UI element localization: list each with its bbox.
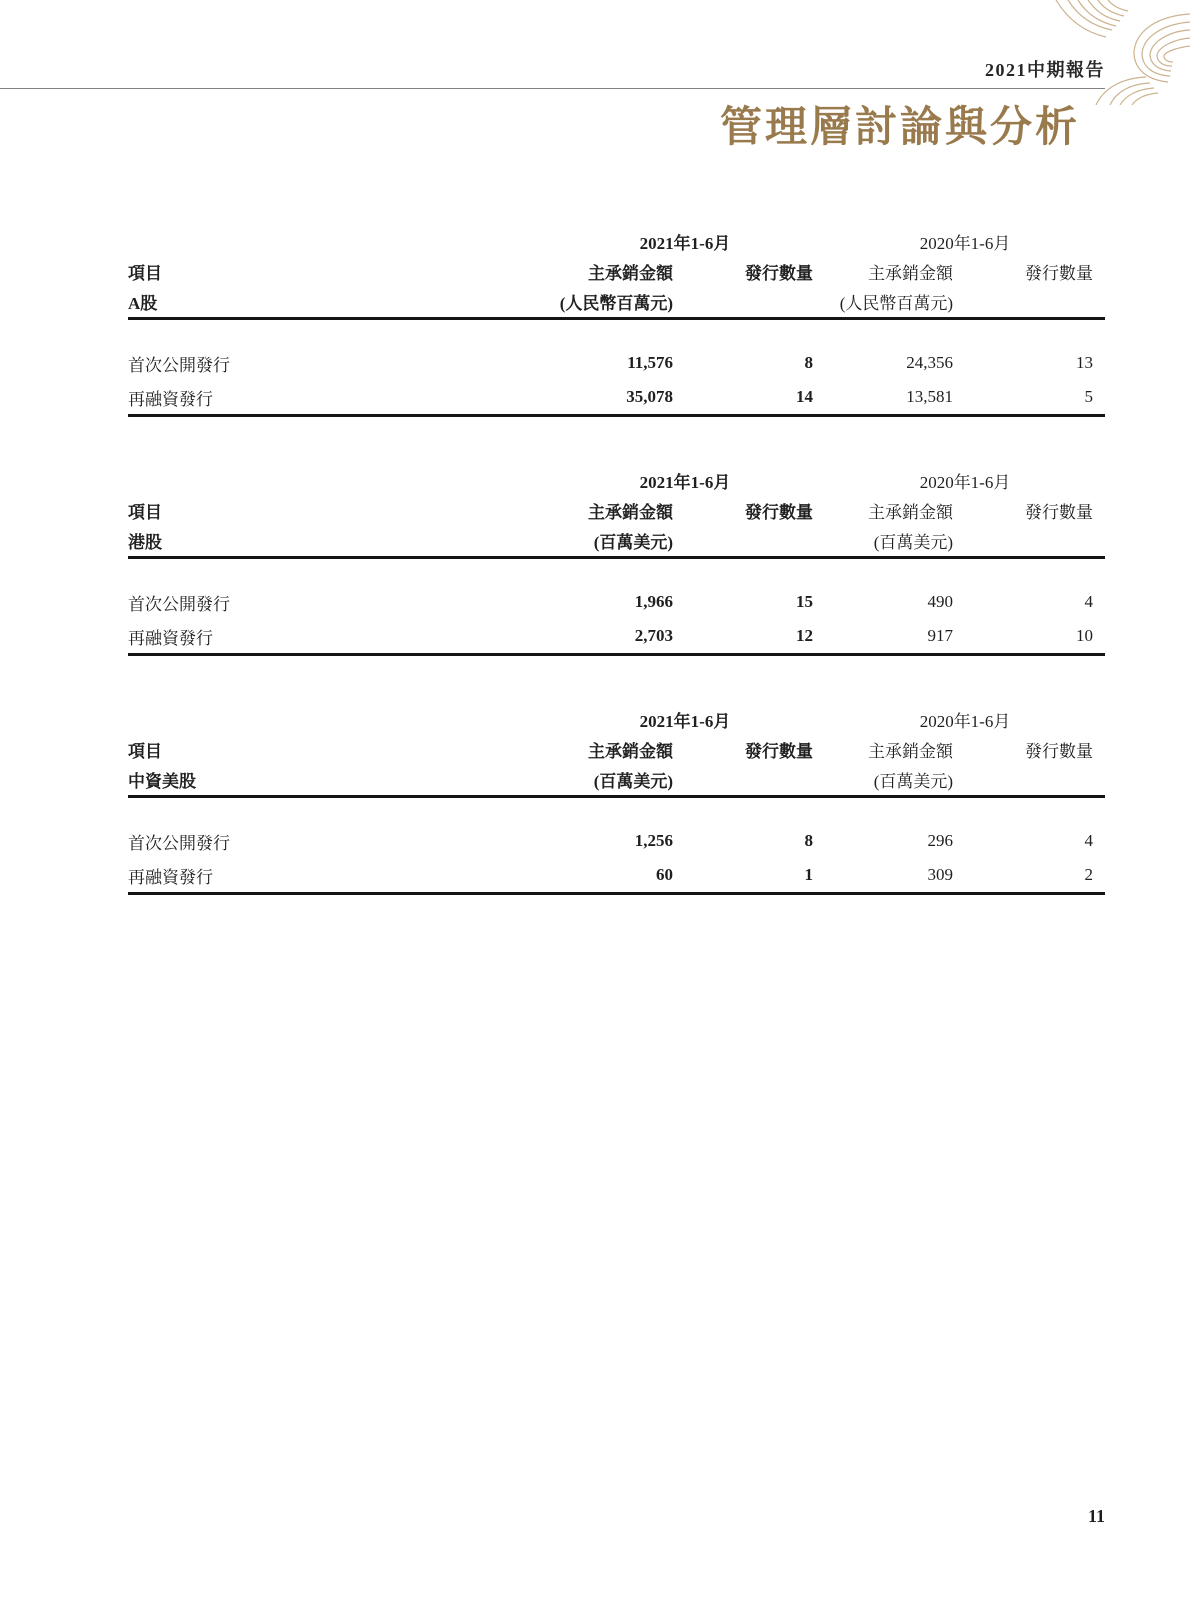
unit-2021-label: (百萬美元) <box>545 764 825 797</box>
column-header-row: 項目 主承銷金額 發行數量 主承銷金額 發行數量 <box>128 734 1105 764</box>
count-header-2021: 發行數量 <box>685 495 825 525</box>
wave-motif-icon <box>1040 0 1190 105</box>
amount-2021-value: 1,256 <box>545 824 685 858</box>
row-label: 首次公開發行 <box>128 824 545 858</box>
period-2021-label: 2021年1-6月 <box>545 465 825 495</box>
report-title: 2021中期報告 <box>985 56 1105 82</box>
amount-header-2021: 主承銷金額 <box>545 495 685 525</box>
period-2021-label: 2021年1-6月 <box>545 226 825 256</box>
table-hk-stocks: 2021年1-6月 2020年1-6月 項目 主承銷金額 發行數量 主承銷金額 … <box>128 465 1105 656</box>
amount-2021-value: 1,966 <box>545 585 685 619</box>
item-header: 項目 <box>128 495 545 525</box>
spacer-row <box>128 558 1105 586</box>
amount-header-2020: 主承銷金額 <box>825 495 965 525</box>
count-header-2021: 發行數量 <box>685 734 825 764</box>
column-header-row: 項目 主承銷金額 發行數量 主承銷金額 發行數量 <box>128 495 1105 525</box>
count-header-2021: 發行數量 <box>685 256 825 286</box>
count-2021-value: 1 <box>685 858 825 894</box>
row-label: 再融資發行 <box>128 858 545 894</box>
row-label: 首次公開發行 <box>128 585 545 619</box>
amount-2021-value: 35,078 <box>545 380 685 416</box>
period-2021-label: 2021年1-6月 <box>545 704 825 734</box>
count-2021-value: 8 <box>685 824 825 858</box>
count-header-2020: 發行數量 <box>965 256 1105 286</box>
table-row: 再融資發行 60 1 309 2 <box>128 858 1105 894</box>
count-2021-value: 12 <box>685 619 825 655</box>
report-page: 2021中期報告 管理層討論與分析 2021年1-6月 2020年1-6月 項目… <box>0 0 1190 1615</box>
count-header-2020: 發行數量 <box>965 734 1105 764</box>
amount-2020-value: 917 <box>825 619 965 655</box>
table-row: 再融資發行 35,078 14 13,581 5 <box>128 380 1105 416</box>
count-2020-value: 5 <box>965 380 1105 416</box>
row-label: 再融資發行 <box>128 380 545 416</box>
amount-header-2020: 主承銷金額 <box>825 256 965 286</box>
item-header: 項目 <box>128 734 545 764</box>
count-2021-value: 8 <box>685 346 825 380</box>
period-row: 2021年1-6月 2020年1-6月 <box>128 465 1105 495</box>
item-header: 項目 <box>128 256 545 286</box>
category-unit-row: 中資美股 (百萬美元) (百萬美元) <box>128 764 1105 797</box>
row-label: 再融資發行 <box>128 619 545 655</box>
category-unit-row: A股 (人民幣百萬元) (人民幣百萬元) <box>128 286 1105 319</box>
spacer-row <box>128 319 1105 347</box>
amount-header-2021: 主承銷金額 <box>545 256 685 286</box>
amount-2020-value: 24,356 <box>825 346 965 380</box>
table-row: 首次公開發行 1,256 8 296 4 <box>128 824 1105 858</box>
table-us-listed-chinese-stocks: 2021年1-6月 2020年1-6月 項目 主承銷金額 發行數量 主承銷金額 … <box>128 704 1105 895</box>
amount-2020-value: 490 <box>825 585 965 619</box>
amount-2020-value: 13,581 <box>825 380 965 416</box>
count-2020-value: 4 <box>965 824 1105 858</box>
period-2020-label: 2020年1-6月 <box>825 465 1105 495</box>
unit-2020-label: (百萬美元) <box>825 764 1105 797</box>
amount-header-2020: 主承銷金額 <box>825 734 965 764</box>
page-number: 11 <box>1088 1506 1105 1527</box>
unit-2021-label: (人民幣百萬元) <box>545 286 825 319</box>
category-unit-row: 港股 (百萬美元) (百萬美元) <box>128 525 1105 558</box>
table-a-shares: 2021年1-6月 2020年1-6月 項目 主承銷金額 發行數量 主承銷金額 … <box>128 226 1105 417</box>
spacer-row <box>128 797 1105 825</box>
table-row: 再融資發行 2,703 12 917 10 <box>128 619 1105 655</box>
period-row: 2021年1-6月 2020年1-6月 <box>128 226 1105 256</box>
category-label: 港股 <box>128 525 545 558</box>
table-row: 首次公開發行 1,966 15 490 4 <box>128 585 1105 619</box>
count-2020-value: 10 <box>965 619 1105 655</box>
amount-2021-value: 2,703 <box>545 619 685 655</box>
row-label: 首次公開發行 <box>128 346 545 380</box>
unit-2020-label: (百萬美元) <box>825 525 1105 558</box>
amount-2020-value: 309 <box>825 858 965 894</box>
underwriting-tables: 2021年1-6月 2020年1-6月 項目 主承銷金額 發行數量 主承銷金額 … <box>128 226 1105 895</box>
count-2020-value: 13 <box>965 346 1105 380</box>
count-header-2020: 發行數量 <box>965 495 1105 525</box>
count-2020-value: 4 <box>965 585 1105 619</box>
category-label: A股 <box>128 286 545 319</box>
unit-2021-label: (百萬美元) <box>545 525 825 558</box>
category-label: 中資美股 <box>128 764 545 797</box>
period-2020-label: 2020年1-6月 <box>825 704 1105 734</box>
period-row: 2021年1-6月 2020年1-6月 <box>128 704 1105 734</box>
period-2020-label: 2020年1-6月 <box>825 226 1105 256</box>
count-2020-value: 2 <box>965 858 1105 894</box>
count-2021-value: 14 <box>685 380 825 416</box>
amount-2020-value: 296 <box>825 824 965 858</box>
amount-2021-value: 60 <box>545 858 685 894</box>
count-2021-value: 15 <box>685 585 825 619</box>
amount-2021-value: 11,576 <box>545 346 685 380</box>
page-title: 管理層討論與分析 <box>720 94 1080 154</box>
table-row: 首次公開發行 11,576 8 24,356 13 <box>128 346 1105 380</box>
unit-2020-label: (人民幣百萬元) <box>825 286 1105 319</box>
column-header-row: 項目 主承銷金額 發行數量 主承銷金額 發行數量 <box>128 256 1105 286</box>
header-divider <box>0 88 1105 89</box>
amount-header-2021: 主承銷金額 <box>545 734 685 764</box>
